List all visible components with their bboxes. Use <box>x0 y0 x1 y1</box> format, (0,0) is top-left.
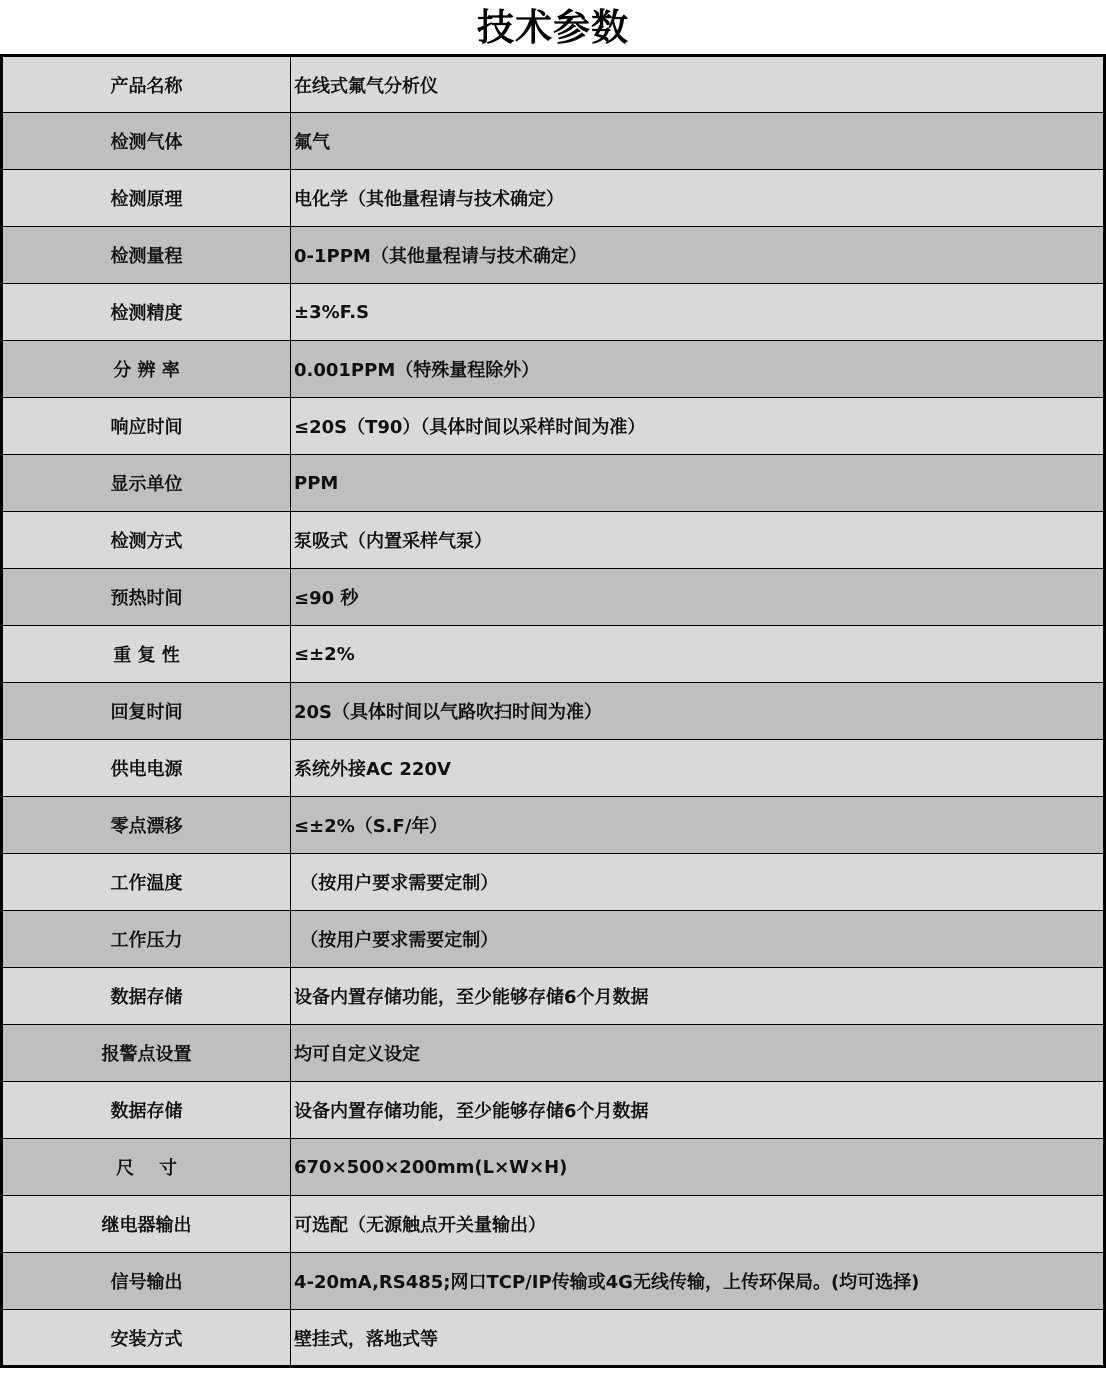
row-label: 数据存储 <box>2 1082 291 1139</box>
row-label: 检测量程 <box>2 227 291 284</box>
spec-table: 产品名称在线式氟气分析仪 检测气体氟气 检测原理电化学（其他量程请与技术确定） … <box>0 54 1106 1368</box>
table-row: 检测量程0-1PPM（其他量程请与技术确定） <box>2 227 1105 284</box>
row-value: ≤20S（T90）（具体时间以采样时间为准） <box>291 398 1105 455</box>
table-row: 继电器输出可选配（无源触点开关量输出） <box>2 1196 1105 1253</box>
row-label: 安装方式 <box>2 1310 291 1367</box>
row-value: 可选配（无源触点开关量输出） <box>291 1196 1105 1253</box>
row-value: （按用户要求需要定制） <box>291 911 1105 968</box>
row-label: 工作压力 <box>2 911 291 968</box>
table-row: 检测气体氟气 <box>2 113 1105 170</box>
row-value: 670×500×200mm(L×W×H) <box>291 1139 1105 1196</box>
table-row: 信号输出4-20mA,RS485;网口TCP/IP传输或4G无线传输，上传环保局… <box>2 1253 1105 1310</box>
row-value: 设备内置存储功能，至少能够存储6个月数据 <box>291 968 1105 1025</box>
row-value: （按用户要求需要定制） <box>291 854 1105 911</box>
table-row: 安装方式壁挂式，落地式等 <box>2 1310 1105 1367</box>
row-value: 20S（具体时间以气路吹扫时间为准） <box>291 683 1105 740</box>
row-label: 数据存储 <box>2 968 291 1025</box>
page-title: 技术参数 <box>0 0 1106 55</box>
row-label: 尺 寸 <box>2 1139 291 1196</box>
row-label: 零点漂移 <box>2 797 291 854</box>
table-row: 报警点设置均可自定义设定 <box>2 1025 1105 1082</box>
row-value: ≤±2% <box>291 626 1105 683</box>
row-value: ≤90 秒 <box>291 569 1105 626</box>
table-row: 显示单位PPM <box>2 455 1105 512</box>
row-label: 响应时间 <box>2 398 291 455</box>
table-row: 检测精度±3%F.S <box>2 284 1105 341</box>
row-value: 4-20mA,RS485;网口TCP/IP传输或4G无线传输，上传环保局。(均可… <box>291 1253 1105 1310</box>
row-label: 信号输出 <box>2 1253 291 1310</box>
table-row: 尺 寸670×500×200mm(L×W×H) <box>2 1139 1105 1196</box>
row-value: 0-1PPM（其他量程请与技术确定） <box>291 227 1105 284</box>
table-row: 零点漂移≤±2%（S.F/年） <box>2 797 1105 854</box>
table-row: 工作压力 （按用户要求需要定制） <box>2 911 1105 968</box>
row-value: PPM <box>291 455 1105 512</box>
table-row: 回复时间20S（具体时间以气路吹扫时间为准） <box>2 683 1105 740</box>
table-row: 检测方式泵吸式（内置采样气泵） <box>2 512 1105 569</box>
table-row: 预热时间≤90 秒 <box>2 569 1105 626</box>
table-row: 数据存储设备内置存储功能，至少能够存储6个月数据 <box>2 1082 1105 1139</box>
row-value: 均可自定义设定 <box>291 1025 1105 1082</box>
row-value: ≤±2%（S.F/年） <box>291 797 1105 854</box>
table-row: 供电电源系统外接AC 220V <box>2 740 1105 797</box>
row-label: 检测气体 <box>2 113 291 170</box>
row-label: 检测精度 <box>2 284 291 341</box>
row-label: 回复时间 <box>2 683 291 740</box>
table-row: 分 辨 率0.001PPM（特殊量程除外） <box>2 341 1105 398</box>
table-row: 响应时间≤20S（T90）（具体时间以采样时间为准） <box>2 398 1105 455</box>
row-value: 设备内置存储功能，至少能够存储6个月数据 <box>291 1082 1105 1139</box>
row-value: 电化学（其他量程请与技术确定） <box>291 170 1105 227</box>
row-label: 重 复 性 <box>2 626 291 683</box>
row-value: 在线式氟气分析仪 <box>291 56 1105 113</box>
table-row: 产品名称在线式氟气分析仪 <box>2 56 1105 113</box>
row-label: 预热时间 <box>2 569 291 626</box>
row-value: 0.001PPM（特殊量程除外） <box>291 341 1105 398</box>
row-label: 显示单位 <box>2 455 291 512</box>
row-value: 壁挂式，落地式等 <box>291 1310 1105 1367</box>
table-row: 重 复 性≤±2% <box>2 626 1105 683</box>
table-row: 检测原理电化学（其他量程请与技术确定） <box>2 170 1105 227</box>
row-label: 分 辨 率 <box>2 341 291 398</box>
row-label: 供电电源 <box>2 740 291 797</box>
row-label: 报警点设置 <box>2 1025 291 1082</box>
row-value: ±3%F.S <box>291 284 1105 341</box>
table-row: 数据存储设备内置存储功能，至少能够存储6个月数据 <box>2 968 1105 1025</box>
row-label: 检测原理 <box>2 170 291 227</box>
row-label: 检测方式 <box>2 512 291 569</box>
row-value: 氟气 <box>291 113 1105 170</box>
row-label: 产品名称 <box>2 56 291 113</box>
row-value: 泵吸式（内置采样气泵） <box>291 512 1105 569</box>
row-label: 继电器输出 <box>2 1196 291 1253</box>
table-row: 工作温度 （按用户要求需要定制） <box>2 854 1105 911</box>
row-value: 系统外接AC 220V <box>291 740 1105 797</box>
row-label: 工作温度 <box>2 854 291 911</box>
